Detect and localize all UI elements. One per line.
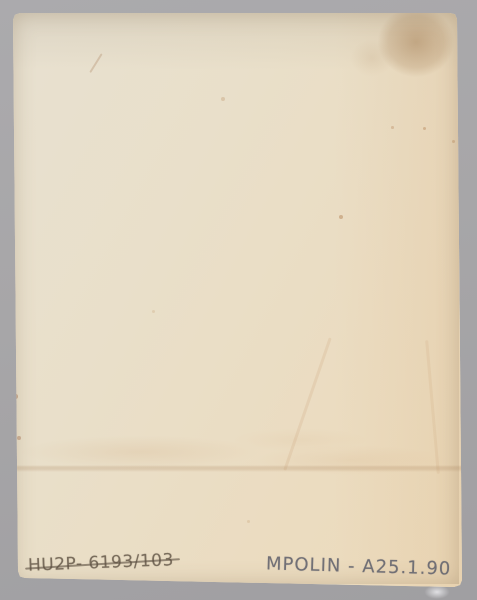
paper-speck	[14, 394, 18, 399]
photo-verso-paper: HU2P- 6193/103 MPOLIN - A25.1.90	[0, 0, 477, 600]
paper-speck	[221, 97, 225, 101]
paper-speck	[391, 126, 394, 129]
paper-edge-shading	[13, 13, 459, 584]
paper-speck	[423, 127, 426, 130]
photo-backdrop: HU2P- 6193/103 MPOLIN - A25.1.90	[0, 0, 477, 600]
paper-speck	[339, 215, 343, 219]
paper-speck	[452, 140, 455, 143]
paper-speck	[152, 310, 155, 313]
paper-speck	[247, 520, 250, 523]
paper-speck	[17, 436, 21, 440]
